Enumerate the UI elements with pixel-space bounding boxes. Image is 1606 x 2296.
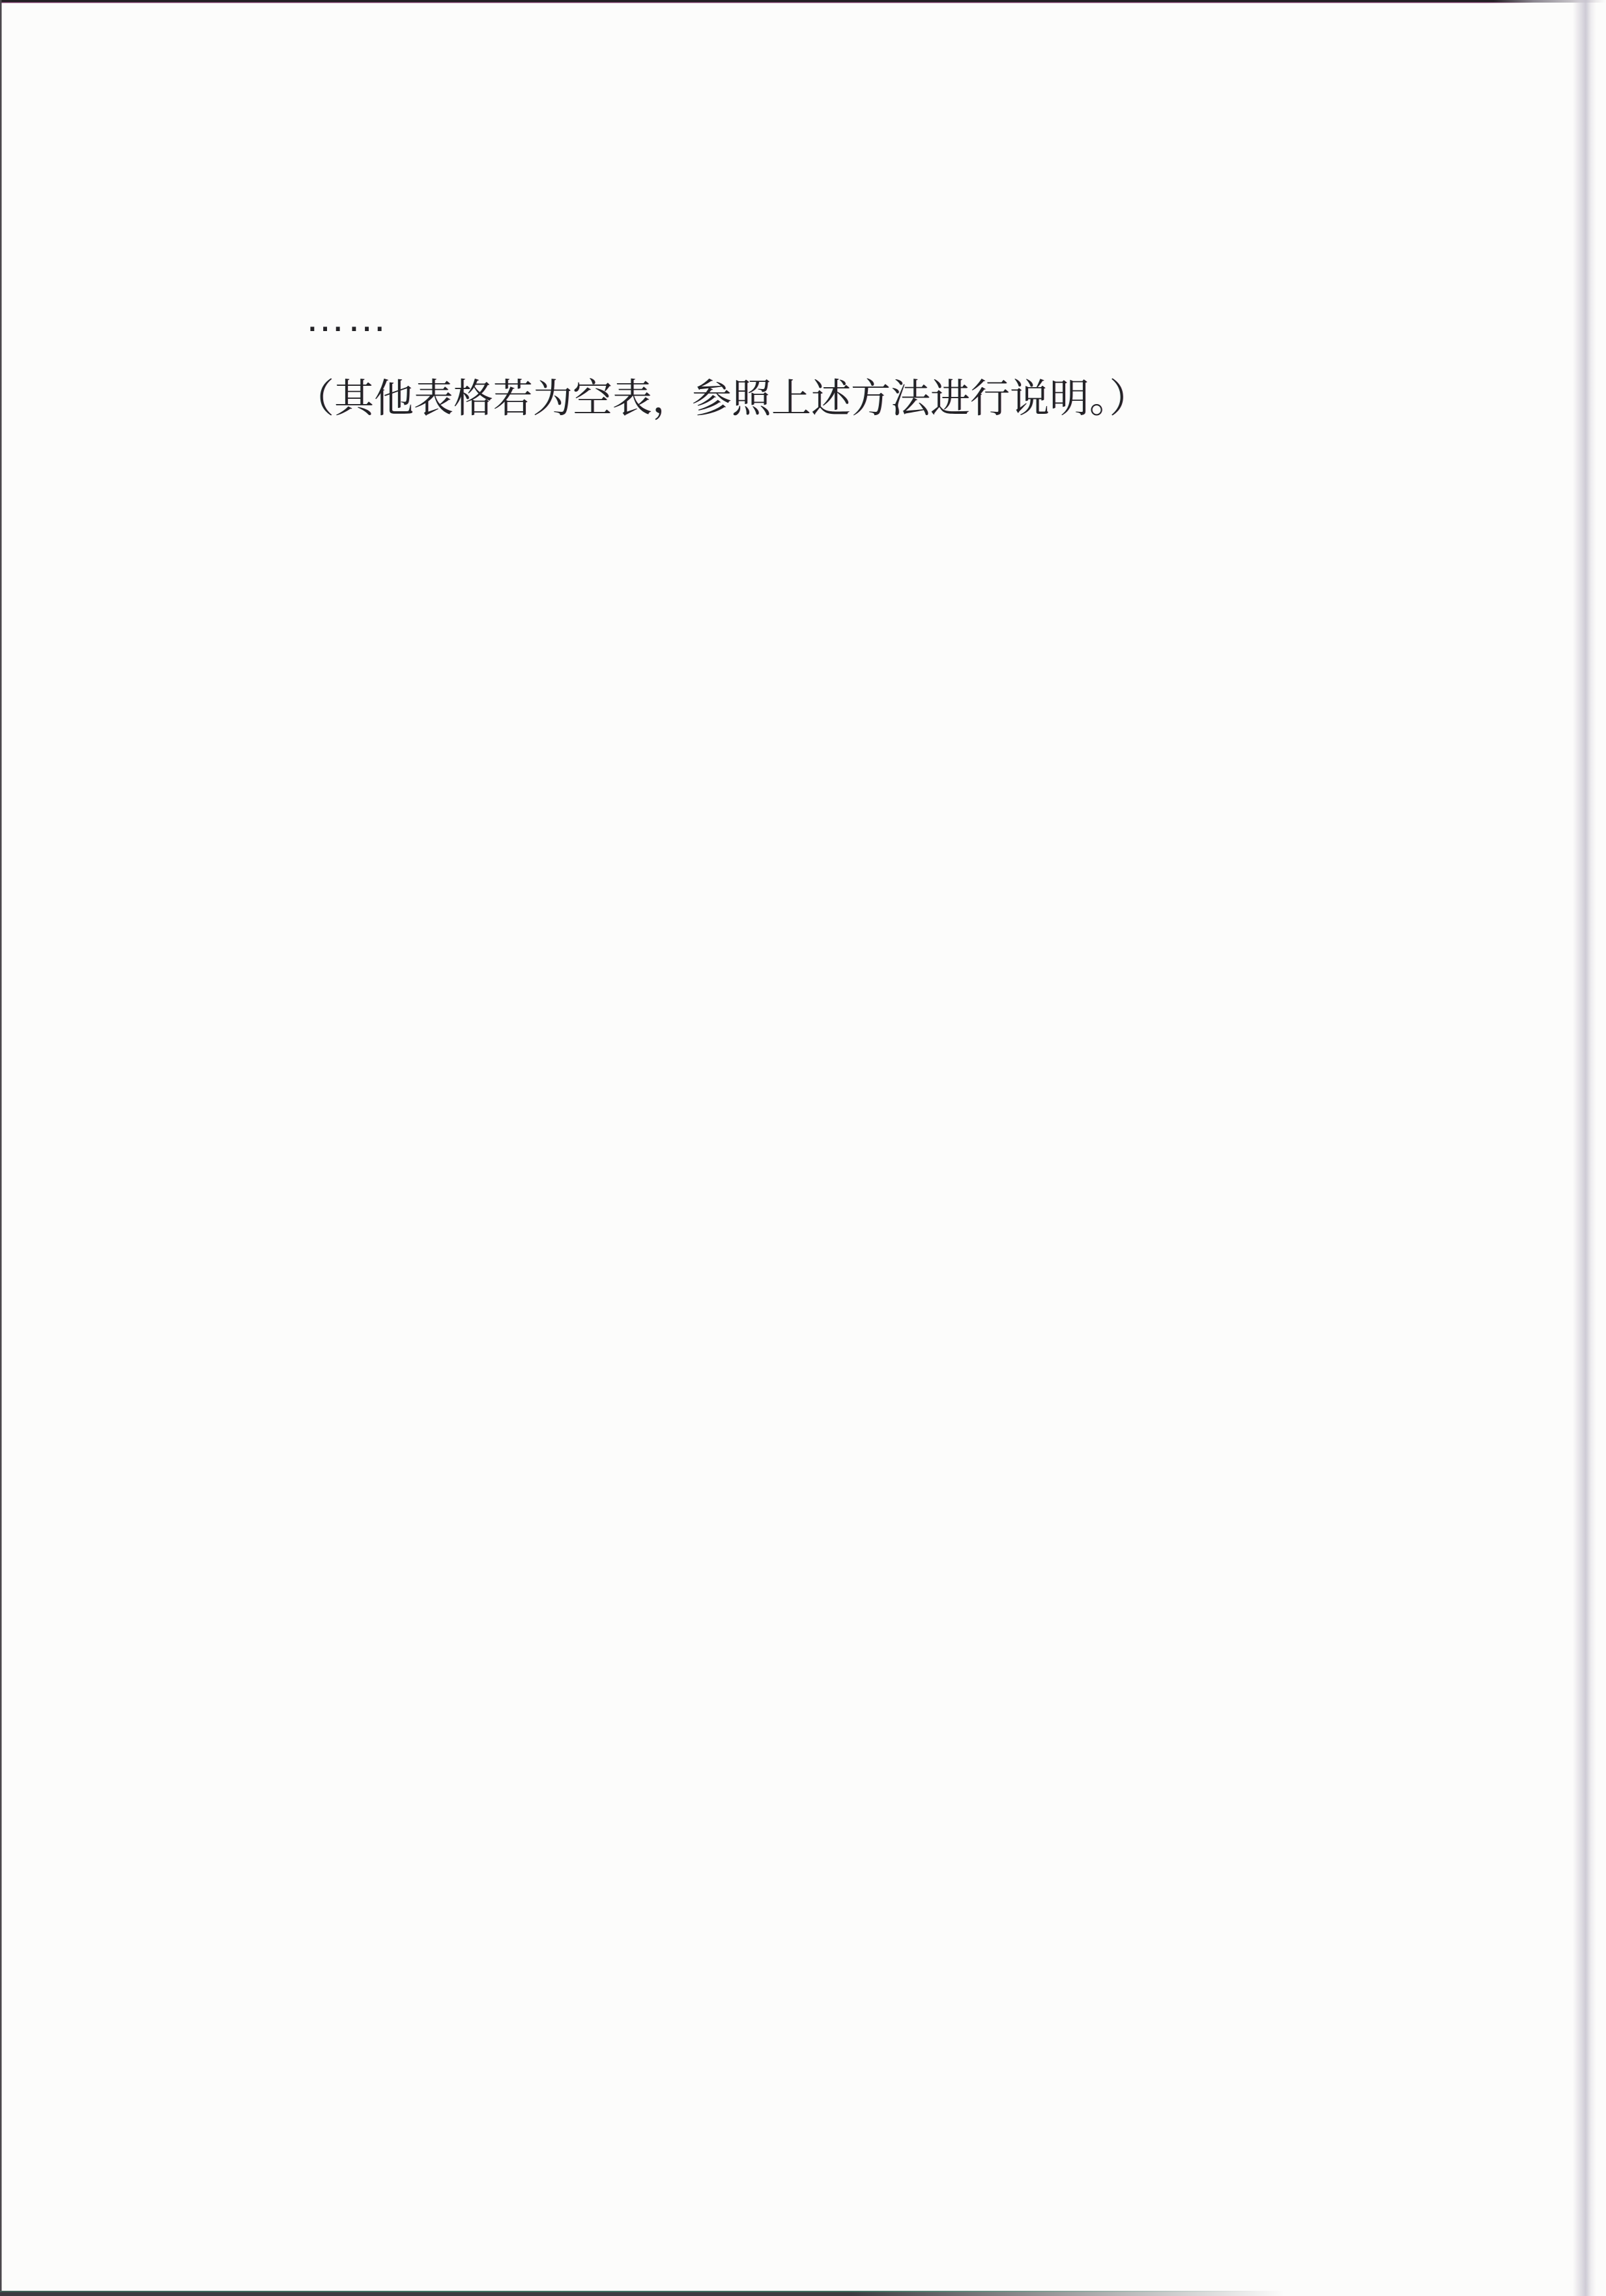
scan-edge-left	[0, 0, 2, 2296]
scanned-document-page: …… （其他表格若为空表，参照上述方法进行说明。）	[0, 0, 1606, 2296]
ellipsis-line: ……	[305, 295, 388, 341]
scan-edge-bottom-tint	[0, 2291, 1257, 2292]
note-line: （其他表格若为空表，参照上述方法进行说明。）	[294, 377, 1149, 420]
page-gutter-shadow	[1573, 0, 1596, 2296]
scan-edge-top-fringe	[0, 2, 1606, 3]
